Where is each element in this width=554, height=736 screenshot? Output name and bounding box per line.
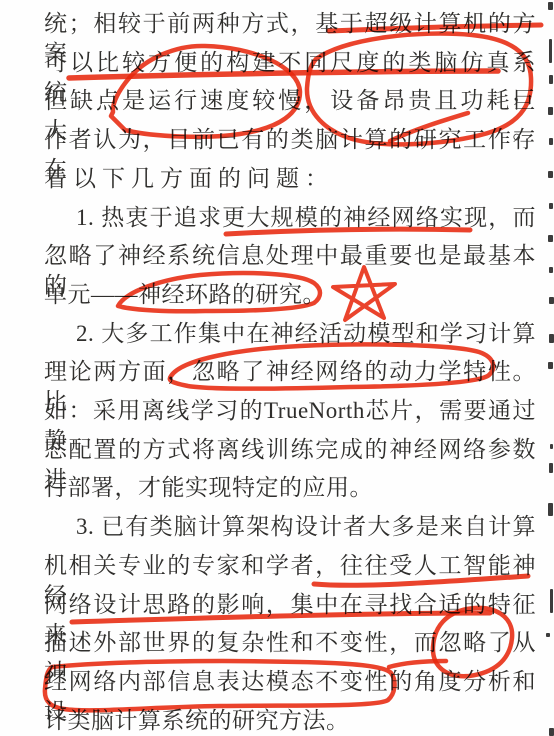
text-line: 行部署，才能实现特定的应用。 [44,473,536,505]
text-line: 描述外部世界的复杂性和不变性，而忽略了从神 [44,628,536,660]
edge-glyph-fragment [549,138,553,145]
edge-glyph-fragment [546,633,550,637]
edge-glyph-fragment [548,503,553,516]
edge-glyph-fragment [548,362,553,369]
edge-glyph-fragment [548,171,553,178]
edge-glyph-fragment [549,334,554,343]
text-line: 3. 已有类脑计算架构设计者大多是来自计算 [44,512,536,544]
text-line: 机相关专业的专家和学者，往往受人工智能神经 [44,551,536,583]
edge-glyph-fragment [549,728,554,736]
text-line: 统；相较于前两种方式，基于超级计算机的方案 [44,9,536,41]
edge-glyph-fragment [549,267,553,273]
text-line: 但缺点是运行速度较慢，设备昂贵且功耗巨大。 [44,86,536,118]
text-line: 作者认为，目前已有的类脑计算的研究工作存在 [44,125,536,157]
text-line: 可以比较方便的构建不同尺度的类脑仿真系统， [44,48,536,80]
text-line: 态配置的方式将离线训练完成的神经网络参数进 [44,435,536,467]
text-line: 忽略了神经系统信息处理中最重要也是最基本的 [44,241,536,273]
text-line: 单元——神经环路的研究。 [44,280,536,312]
text-line: 如：采用离线学习的TrueNorth芯片，需要通过静 [44,396,536,428]
edge-glyph-fragment [549,75,553,84]
edge-glyph-fragment [549,203,553,209]
text-line: 计类脑计算系统的研究方法。 [44,706,536,736]
edge-glyph-fragment [549,297,554,304]
edge-glyph-fragment [548,2,553,10]
edge-glyph-fragment [550,444,553,449]
text-line: 1. 热衷于追求更大规模的神经网络实现，而 [44,203,536,235]
edge-glyph-fragment [549,39,552,63]
text-line: 2. 大多工作集中在神经活动模型和学习计算 [44,319,536,351]
document-page: 统；相较于前两种方式，基于超级计算机的方案可以比较方便的构建不同尺度的类脑仿真系… [0,0,554,736]
text-line: 网络设计思路的影响，集中在寻找合适的特征来 [44,590,536,622]
text-line: 着以下几方面的问题： [44,164,536,196]
edge-glyph-fragment [548,107,553,115]
edge-glyph-fragment [548,235,553,242]
text-line: 经网络内部信息表达模态不变性的角度分析和设 [44,667,536,699]
edge-glyph-fragment [550,589,553,613]
text-line: 理论两方面，忽略了神经网络的动力学特性。比 [44,357,536,389]
edge-glyph-fragment [549,463,553,473]
text-block: 统；相较于前两种方式，基于超级计算机的方案可以比较方便的构建不同尺度的类脑仿真系… [0,0,554,736]
